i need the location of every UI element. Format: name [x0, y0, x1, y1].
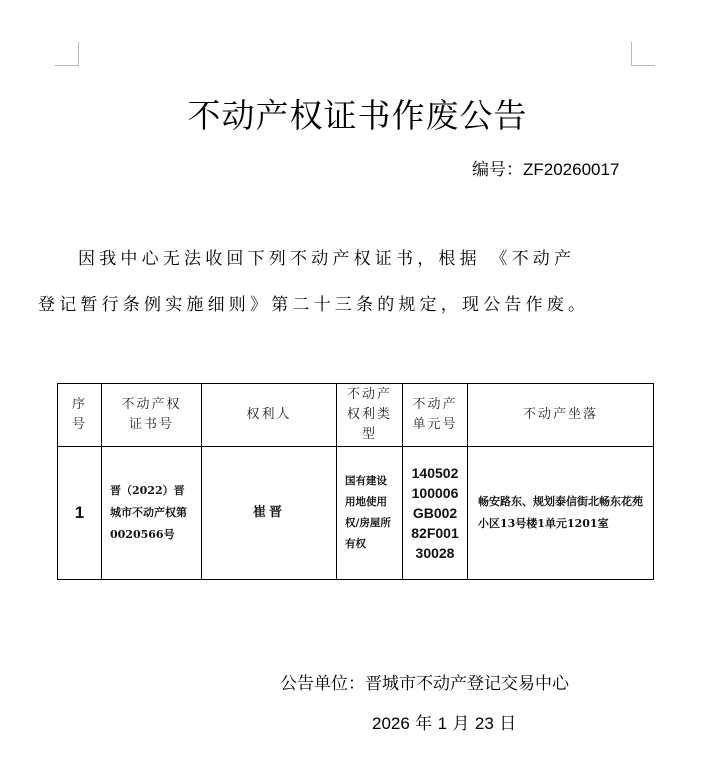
cell-seq: 1	[58, 447, 102, 580]
table-header-row: 序号 不动产权证书号 权利人 不动产权利类型 不动产单元号 不动产坐落	[58, 384, 654, 447]
body-line-2: 登记暂行条例实施细则》第二十三条的规定，现公告作废。	[38, 282, 638, 328]
body-line-1: 因我中心无法收回下列不动产权证书，根据 《不动产	[38, 236, 638, 282]
date-year: 2026	[372, 714, 410, 733]
header-rights-type: 不动产权利类型	[337, 384, 403, 447]
page-corner-mark-top-right	[631, 42, 655, 66]
date-day: 23	[475, 714, 494, 733]
document-number: 编号：ZF20260017	[472, 158, 619, 182]
header-unit-no: 不动产单元号	[403, 384, 468, 447]
date-month: 1	[438, 714, 447, 733]
header-certificate-no: 不动产权证书号	[102, 384, 202, 447]
issuer-name: 晋城市不动产登记交易中心	[365, 674, 569, 694]
cell-certificate-no: 晋（2022）晋城市不动产权第0020566号	[102, 447, 202, 580]
page-corner-mark-top-left	[55, 42, 79, 66]
cell-holder: 崔晋	[202, 447, 337, 580]
document-number-label: 编号：	[472, 160, 523, 180]
header-seq: 序号	[58, 384, 102, 447]
date-month-unit: 月	[453, 714, 470, 734]
table-row: 1 晋（2022）晋城市不动产权第0020566号 崔晋 国有建设用地使用权/房…	[58, 447, 654, 580]
document-title: 不动产权证书作废公告	[0, 92, 715, 140]
announcement-date: 2026 年 1 月 23 日	[372, 712, 516, 736]
announcement-body: 因我中心无法收回下列不动产权证书，根据 《不动产 登记暂行条例实施细则》第二十三…	[38, 236, 638, 328]
cell-location: 畅安路东、规划泰信街北畅东花苑小区13号楼1单元1201室	[468, 447, 654, 580]
voided-certificates-table: 序号 不动产权证书号 权利人 不动产权利类型 不动产单元号 不动产坐落 1 晋（…	[57, 383, 654, 580]
header-location: 不动产坐落	[468, 384, 654, 447]
document-number-value: ZF20260017	[523, 160, 619, 179]
issuing-unit: 公告单位：晋城市不动产登记交易中心	[280, 672, 569, 696]
cell-unit-no: 140502100006GB00282F00130028	[403, 447, 468, 580]
cell-rights-type: 国有建设用地使用权/房屋所有权	[337, 447, 403, 580]
date-day-unit: 日	[499, 714, 516, 734]
header-holder: 权利人	[202, 384, 337, 447]
date-year-unit: 年	[415, 714, 432, 734]
issuer-label: 公告单位：	[280, 674, 365, 694]
